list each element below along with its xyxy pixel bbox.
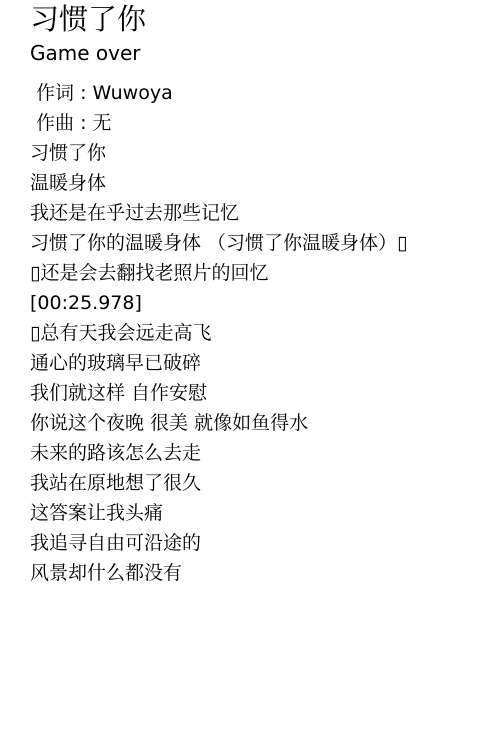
song-title: 习惯了你 [30,1,146,37]
lyric-line: 习惯了你的温暖身体 （习惯了你温暖身体）▯ [30,228,408,258]
lyric-line: ▯总有天我会远走高飞 [30,318,408,348]
lyric-line: 你说这个夜晚 很美 就像如鱼得水 [30,408,408,438]
song-artist: Game over [30,40,141,66]
lyric-line: 我追寻自由可沿途的 [30,528,408,558]
lyric-line-lyricist: 作词 : Wuwoya [30,78,408,108]
lyric-line-composer: 作曲 : 无 [30,108,408,138]
lyric-line: 风景却什么都没有 [30,558,408,588]
lyric-line: 通心的玻璃早已破碎 [30,348,408,378]
lyric-line: 我还是在乎过去那些记忆 [30,198,408,228]
lyric-line: ▯还是会去翻找老照片的回忆 [30,258,408,288]
lyric-line: 温暖身体 [30,168,408,198]
lyric-line: 我们就这样 自作安慰 [30,378,408,408]
lyric-line-timestamp: [00:25.978] [30,288,408,318]
lyric-line: 习惯了你 [30,138,408,168]
lyric-line: 这答案让我头痛 [30,498,408,528]
lyric-line: 未来的路该怎么去走 [30,438,408,468]
lyric-line: 我站在原地想了很久 [30,468,408,498]
lyrics-list: 作词 : Wuwoya 作曲 : 无 习惯了你 温暖身体 我还是在乎过去那些记忆… [30,78,408,588]
